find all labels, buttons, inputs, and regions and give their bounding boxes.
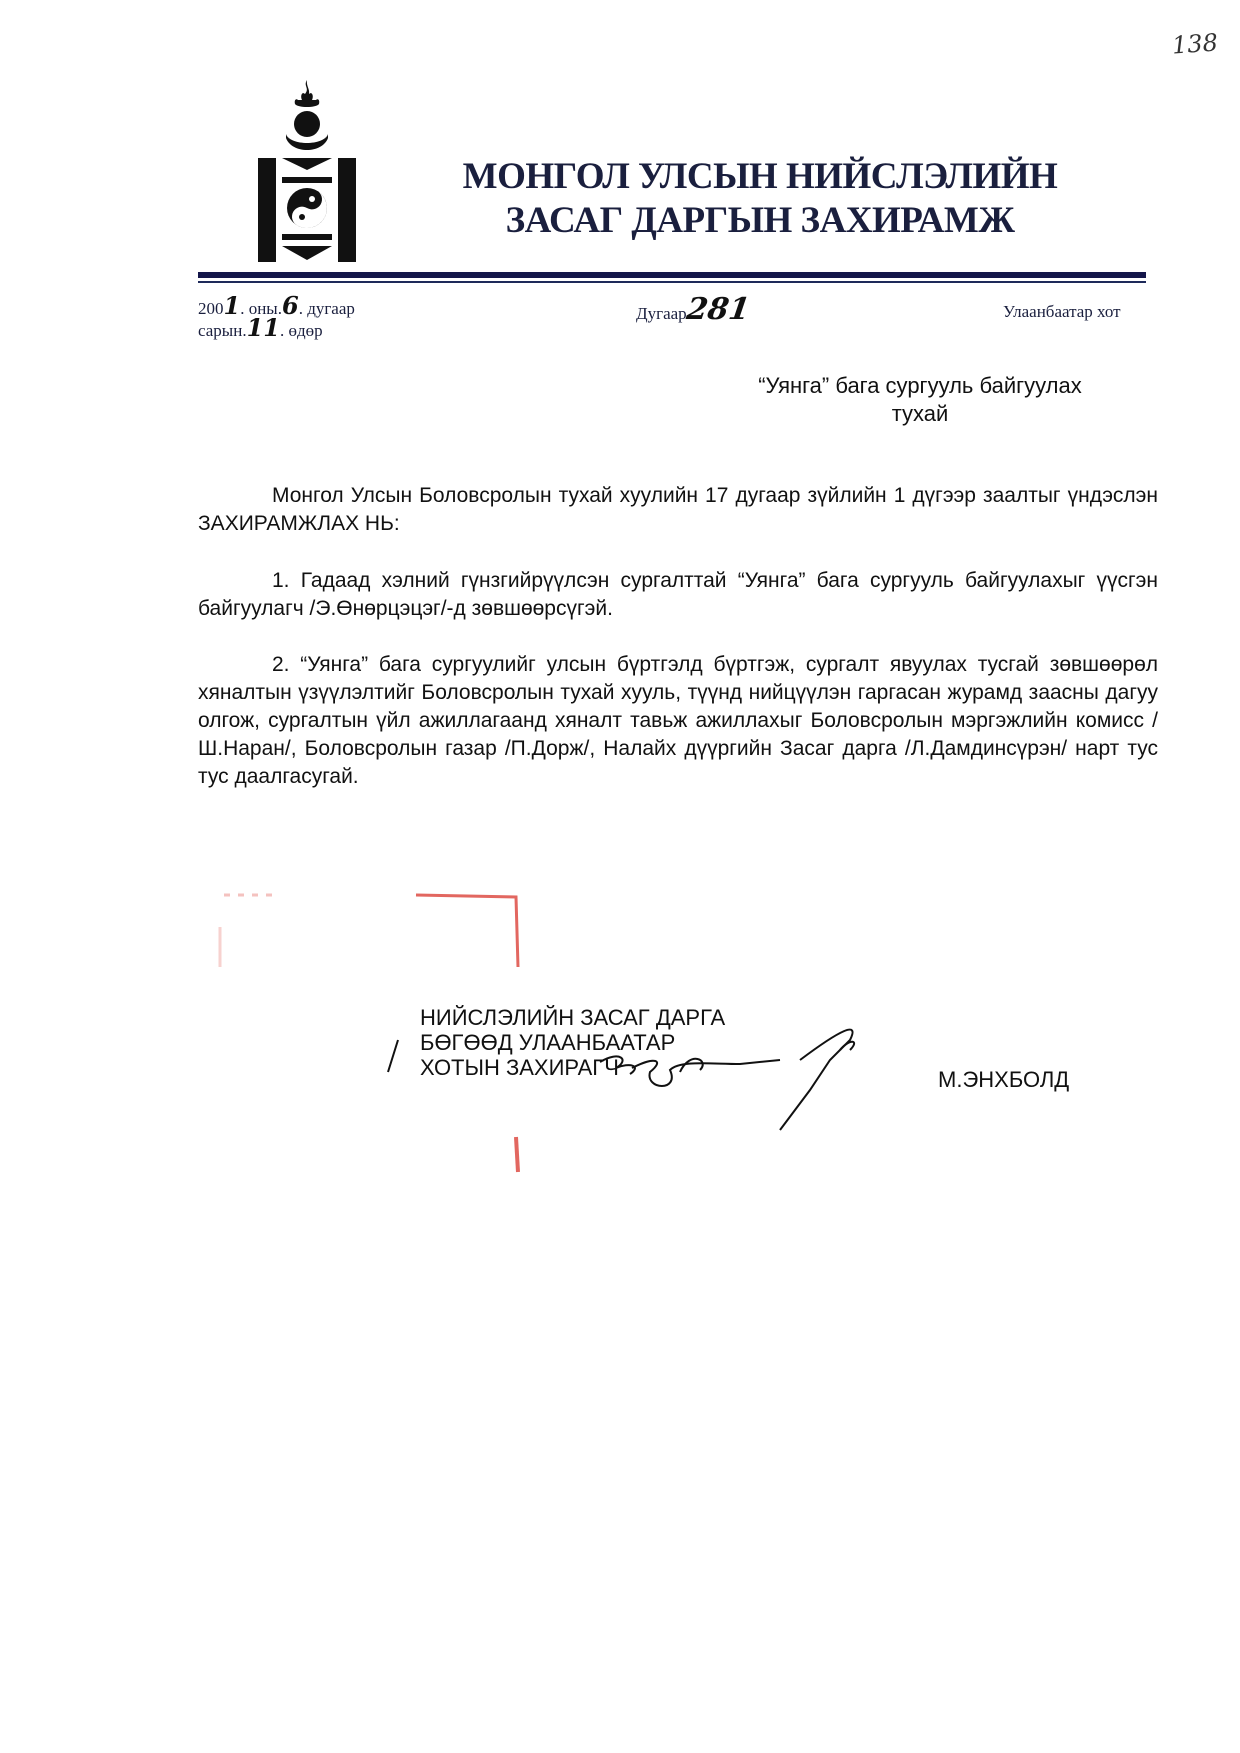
- order-item-2: 2. “Уянга” бага сургуулийг улсын бүртгэл…: [198, 651, 1158, 791]
- handwritten-day: 11: [247, 318, 280, 337]
- handwritten-signature: [380, 1020, 980, 1140]
- year-prefix: 200: [198, 299, 224, 318]
- day-suffix: . өдөр: [280, 321, 323, 340]
- day-prefix: сарын.: [198, 321, 247, 340]
- subject: “Уянга” бага сургууль байгуулах тухай: [700, 372, 1140, 428]
- header-rule-thick: [198, 272, 1146, 278]
- city: Улаанбаатар хот: [1003, 302, 1121, 322]
- subject-line-2: тухай: [700, 400, 1140, 428]
- number-label: Дугаар: [636, 304, 687, 323]
- header-rule-thin: [198, 281, 1146, 283]
- document-title: МОНГОЛ УЛСЫН НИЙСЛЭЛИЙН ЗАСАГ ДАРГЫН ЗАХ…: [440, 155, 1080, 243]
- subject-line-1: “Уянга” бага сургууль байгуулах: [700, 372, 1140, 400]
- preamble-text: Монгол Улсын Боловсролын тухай хуулийн 1…: [198, 484, 1158, 535]
- document-number: Дугаар281: [636, 292, 749, 327]
- handwritten-number: 281: [684, 292, 752, 327]
- order-item-1: 1. Гадаад хэлний гүнзгийрүүлсэн сургалтт…: [198, 567, 1158, 623]
- order-item-text: 2. “Уянга” бага сургуулийг улсын бүртгэл…: [198, 653, 1158, 788]
- month-suffix: . дугаар: [299, 299, 355, 318]
- preamble-paragraph: Монгол Улсын Боловсролын тухай хуулийн 1…: [198, 482, 1158, 538]
- order-item-text: 1. Гадаад хэлний гүнзгийрүүлсэн сургалтт…: [198, 569, 1158, 620]
- soyombo-emblem-icon: [258, 78, 356, 264]
- date-line-2: сарын.11. өдөр: [198, 318, 355, 340]
- title-line-1: МОНГОЛ УЛСЫН НИЙСЛЭЛИЙН: [440, 155, 1080, 199]
- date-block: 2001. оны.6. дугаар сарын.11. өдөр: [198, 296, 355, 340]
- handwritten-page-number: 138: [1171, 28, 1219, 59]
- handwritten-year-digit: 1: [224, 296, 241, 315]
- title-line-2: ЗАСАГ ДАРГЫН ЗАХИРАМЖ: [440, 199, 1080, 243]
- signer-name: М.ЭНХБОЛД: [938, 1067, 1069, 1093]
- handwritten-month: 6: [282, 296, 299, 315]
